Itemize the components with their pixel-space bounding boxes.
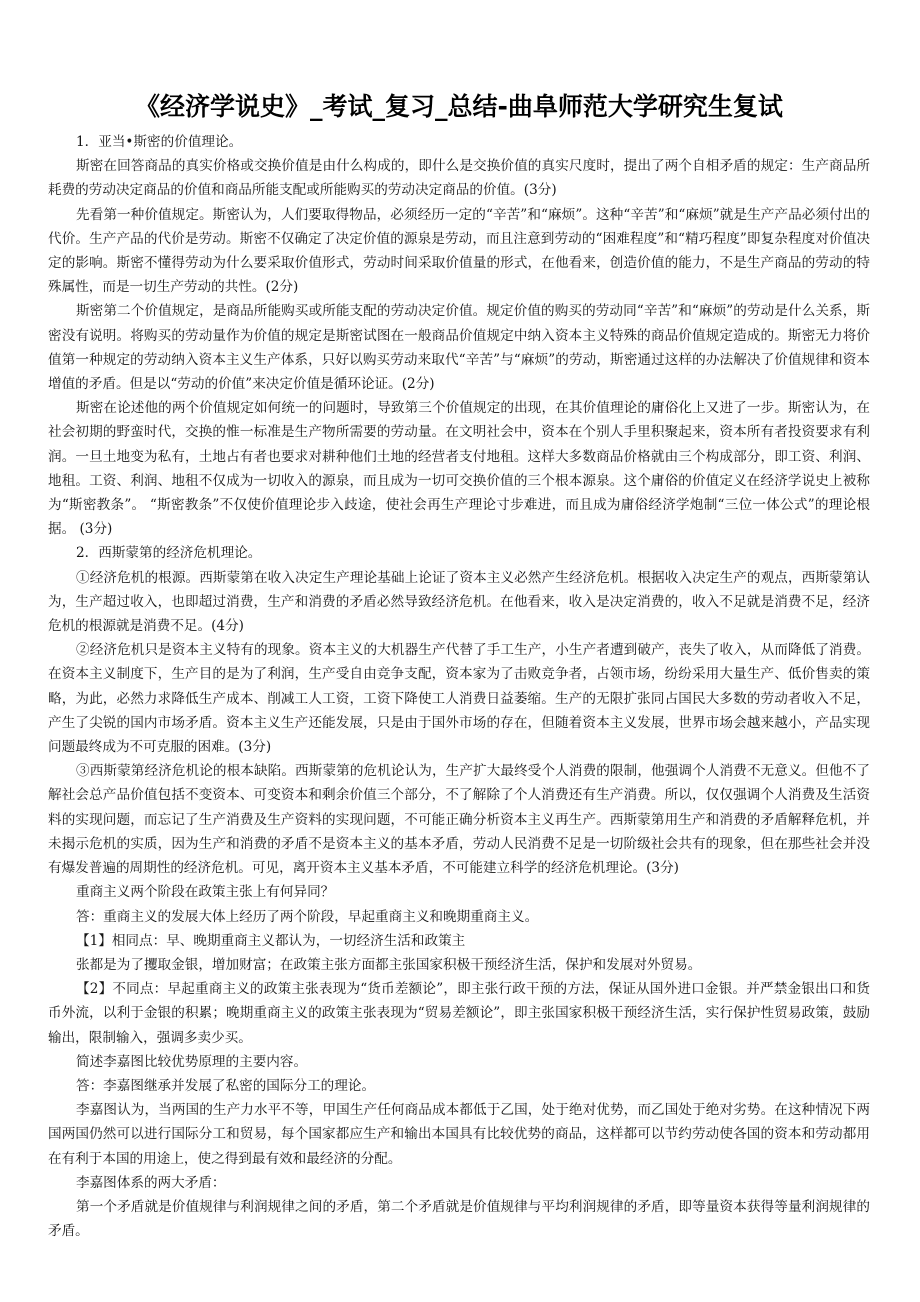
paragraph-crisis-defect: ③西斯蒙第经济危机论的根本缺陷。西斯蒙第的危机论认为，生产扩大最终受个人消费的限… <box>48 759 870 880</box>
paragraph-ricardo-contradictions: 第一个矛盾就是价值规律与利润规律之间的矛盾，第二个矛盾就是价值规律与平均利润规律… <box>48 1195 870 1243</box>
answer-mercantilism-similarity: 【1】相同点：早、晚期重商主义都认为，一切经济生活和政策主 <box>48 929 870 953</box>
section-heading-sismondi-crisis: 2．西斯蒙第的经济危机理论。 <box>48 541 870 565</box>
answer-mercantilism-difference: 【2】不同点：早起重商主义的政策主张表现为“货币差额论”，即主张行政干预的方法，… <box>48 977 870 1050</box>
answer-ricardo-intro: 答：李嘉图继承并发展了私密的国际分工的理论。 <box>48 1074 870 1098</box>
paragraph-first-definition: 先看第一种价值规定。斯密认为，人们要取得物品，必须经历一定的“辛苦”和“麻烦”。… <box>48 203 870 300</box>
answer-ricardo-detail: 李嘉图认为，当两国的生产力水平不等，甲国生产任何商品成本都低于乙国，处于绝对优势… <box>48 1098 870 1171</box>
document-title: 《经济学说史》_考试_复习_总结-曲阜师范大学研究生复试 <box>48 90 870 124</box>
paragraph-two-definitions: 斯密在回答商品的真实价格或交换价值是由什么构成的，即什么是交换价值的真实尺度时，… <box>48 154 870 202</box>
question-mercantilism: 重商主义两个阶段在政策主张上有何异同？ <box>48 880 870 904</box>
paragraph-second-definition: 斯密第二个价值规定，是商品所能购买或所能支配的劳动决定价值。规定价值的购买的劳动… <box>48 299 870 396</box>
question-ricardo-comparative-advantage: 简述李嘉图比较优势原理的主要内容。 <box>48 1050 870 1074</box>
paragraph-crisis-capitalist: ②经济危机只是资本主义特有的现象。资本主义的大机器生产代替了手工生产，小生产者遭… <box>48 638 870 759</box>
section-heading-smith-value-theory: 1．亚当•斯密的价值理论。 <box>48 130 870 154</box>
answer-mercantilism-intro: 答：重商主义的发展大体上经历了两个阶段，早起重商主义和晚期重商主义。 <box>48 905 870 929</box>
heading-ricardo-contradictions: 李嘉图体系的两大矛盾： <box>48 1171 870 1195</box>
answer-mercantilism-similarity-cont: 张都是为了攫取金银，增加财富；在政策主张方面都主张国家积极干预经济生活，保护和发… <box>48 953 870 977</box>
paragraph-crisis-root: ①经济危机的根源。西斯蒙第在收入决定生产理论基础上论证了资本主义必然产生经济危机… <box>48 566 870 639</box>
document-page: 《经济学说史》_考试_复习_总结-曲阜师范大学研究生复试 1．亚当•斯密的价值理… <box>48 90 870 1243</box>
paragraph-third-definition: 斯密在论述他的两个价值规定如何统一的问题时，导致第三个价值规定的出现，在其价值理… <box>48 396 870 541</box>
